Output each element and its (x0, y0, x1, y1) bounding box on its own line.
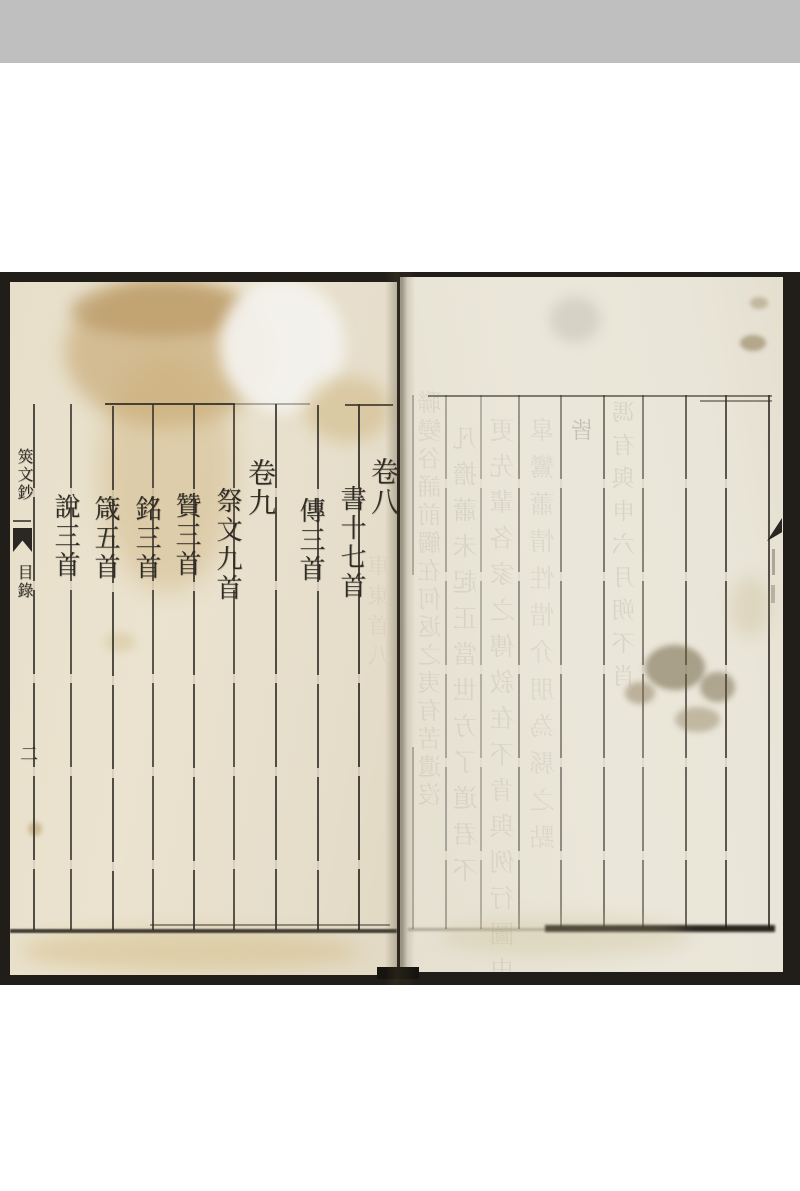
column-rule (603, 395, 605, 929)
column-rule (358, 404, 360, 930)
right-page: 聯變谷誦前觸在何返之夷有苦遺沒 凡擔蕭未起正當世方了道君不 更先輩各家之傳敘在不… (400, 277, 783, 972)
spot-stain (105, 632, 135, 652)
toc-chapter: 卷九 (240, 458, 280, 518)
spine-faint-mark (771, 585, 775, 603)
column-rule (317, 405, 319, 930)
mold-stain (625, 682, 655, 704)
mold-stain (645, 645, 705, 690)
top-border-rule (235, 403, 310, 405)
column-rule (193, 405, 195, 930)
bleedthrough-text: 皆 (568, 418, 601, 441)
top-border-rule (700, 400, 772, 402)
top-gray-bar (0, 0, 800, 63)
spine-title: 筴文鈔 (13, 448, 36, 502)
mold-stain (675, 707, 720, 732)
water-stain (440, 917, 690, 957)
bleedthrough-text: 馮有與申六月朔不肖 (609, 400, 642, 697)
toc-entry: 祭文九首 (209, 487, 246, 603)
spine-section-label: 目錄 (13, 564, 36, 600)
top-border-rule (105, 403, 235, 405)
column-rule (112, 406, 114, 930)
column-rule (233, 404, 235, 930)
bottom-border-rule (10, 929, 397, 933)
toc-entry: 銘三首 (128, 495, 165, 582)
toc-entry: 贊三首 (168, 492, 205, 579)
bleedthrough-text: 更先輩各家之傳敘在不肯與例行圖史 (486, 417, 522, 972)
water-stain (730, 577, 770, 637)
spot-stain (750, 297, 768, 309)
spine-rule (13, 520, 31, 522)
bottom-border-rule (150, 924, 390, 926)
bleedthrough-text: 凡擔蕭未起正當世方了道君不 (449, 425, 485, 893)
left-page: 卷八 書十七首 傳三首 卷九 祭文九首 贊三首 銘三首 箴五首 說三首 筴文鈔 … (10, 282, 397, 975)
mold-stain (700, 672, 735, 702)
water-stain (20, 930, 360, 972)
toc-entry: 傳三首 (292, 497, 329, 584)
column-rule (642, 395, 644, 929)
book-scan-backing: 卷八 書十七首 傳三首 卷九 祭文九首 贊三首 銘三首 箴五首 說三首 筴文鈔 … (0, 272, 800, 985)
bleedthrough-text: 聯變谷誦前觸在何返之夷有苦遺沒 (414, 390, 449, 810)
center-fold-shadow (385, 272, 415, 985)
spot-stain (28, 822, 42, 836)
smudge-stain (550, 297, 600, 342)
column-rule (152, 404, 154, 930)
spine-faint-mark (772, 549, 775, 575)
column-rule (70, 404, 72, 930)
spot-stain (740, 335, 766, 351)
spine-page-number: 二 (14, 744, 40, 762)
toc-entry: 箴五首 (87, 495, 124, 582)
toc-entry: 說三首 (47, 493, 84, 580)
column-rule (725, 395, 727, 929)
bleedthrough-text: 皐鸞蕭情性惜介朋為縣之點 (526, 417, 562, 861)
fishtail-mark-icon (13, 528, 32, 552)
column-rule (768, 395, 770, 929)
